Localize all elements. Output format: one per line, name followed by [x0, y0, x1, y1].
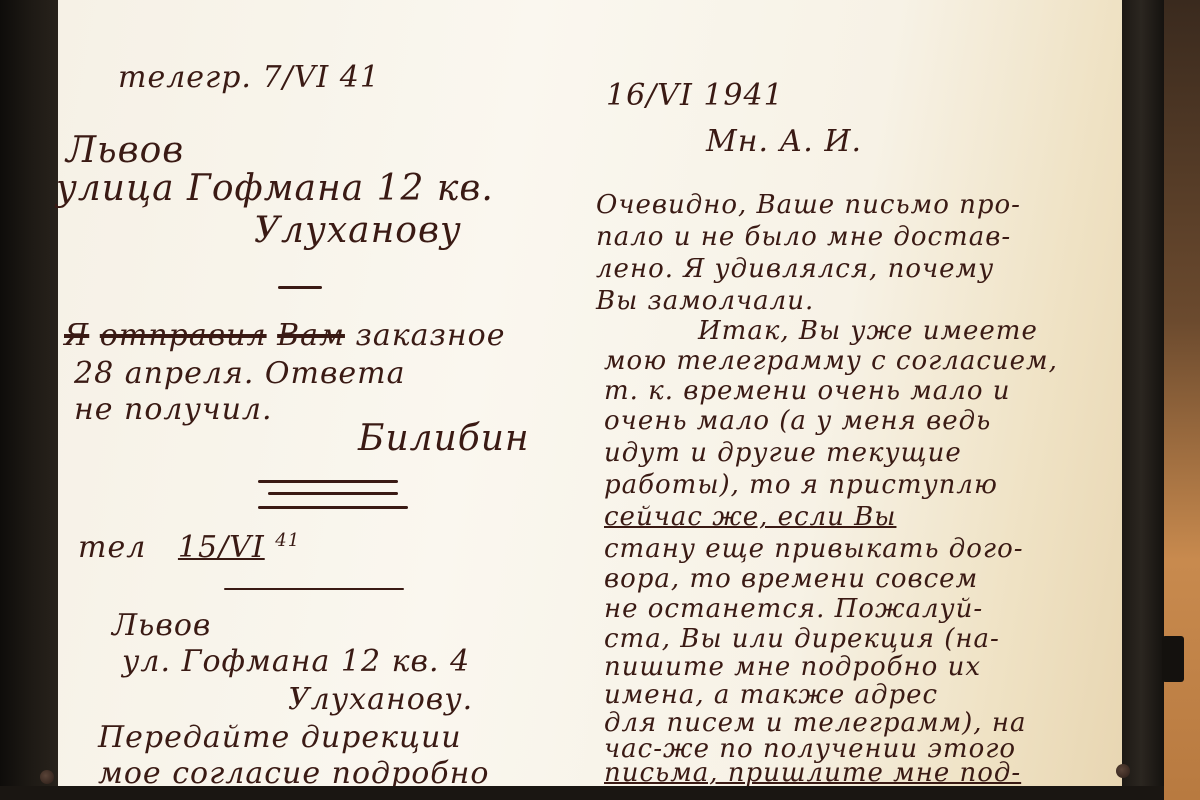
- body-word-2: заказное: [356, 318, 506, 353]
- letter-line: мою телеграмму с согласием,: [604, 346, 1058, 376]
- frame-rivet-left: [40, 770, 54, 784]
- letter-line: пишите мне подробно их: [604, 652, 981, 682]
- separator-rule-1: [258, 480, 398, 483]
- telegram-2-header-year: 41: [275, 530, 300, 551]
- header-underline: [224, 588, 404, 590]
- telegram-1-street: улица Гофмана 12 кв.: [56, 168, 494, 209]
- letter-line: не останется. Пожалуй-: [604, 594, 983, 624]
- letter-line: пало и не было мне достав-: [596, 222, 1011, 252]
- telegram-2-recipient: Улуханову.: [288, 682, 473, 717]
- struck-word-2: Вам: [277, 318, 345, 353]
- letter-date: 16/VI 1941: [606, 78, 784, 113]
- letter-line: стану еще привыкать дого-: [604, 534, 1024, 564]
- letter-line: Итак, Вы уже имеете: [698, 316, 1038, 346]
- telegram-2-header-date: 15/VI: [178, 530, 265, 565]
- telegram-1-signature: Билибин: [358, 418, 530, 459]
- frame-left-edge: [0, 0, 64, 800]
- telegram-2-street: ул. Гофмана 12 кв. 4: [122, 644, 470, 679]
- letter-line: вора, то времени совсем: [604, 564, 978, 594]
- struck-word: Я: [64, 318, 89, 353]
- letter-line: имена, а также адрес: [604, 680, 938, 710]
- letter-line-underlined: сейчас же, если Вы: [604, 502, 896, 532]
- letter-line: Очевидно, Ваше письмо про-: [596, 190, 1021, 220]
- letter-line: письма, пришлите мне под-: [604, 758, 1021, 788]
- telegram-1-recipient: Улуханову: [254, 210, 462, 251]
- frame-rivet-right: [1116, 764, 1130, 778]
- frame-stand-hinge: [1162, 636, 1184, 682]
- letter-line: Вы замолчали.: [596, 286, 814, 316]
- letter-line: идут и другие текущие: [604, 438, 962, 468]
- telegram-1-header: телегр. 7/VI 41: [118, 60, 380, 95]
- telegram-1-body-line-2: 28 апреля. Ответа: [74, 356, 406, 391]
- letter-line: ста, Вы или дирекция (на-: [604, 624, 1000, 654]
- telegram-2-body-line-1: Передайте дирекции: [98, 720, 462, 755]
- body-word: отправил: [100, 318, 267, 353]
- frame-bottom-edge: [0, 786, 1164, 800]
- telegram-1-city: Львов: [66, 130, 184, 171]
- separator-dash: [278, 286, 322, 289]
- letter-salutation: Мн. А. И.: [706, 124, 862, 159]
- letter-line: работы), то я приступлю: [604, 470, 998, 500]
- frame-right-edge: [1118, 0, 1164, 800]
- separator-rule-2: [268, 492, 398, 495]
- letter-line: лено. Я удивлялся, почему: [596, 254, 994, 284]
- telegram-2-city: Львов: [112, 608, 211, 643]
- telegram-2-header-prefix: тел: [78, 530, 146, 565]
- letter-line: т. к. времени очень мало и: [604, 376, 1011, 406]
- letter-paper: телегр. 7/VI 41 Львов улица Гофмана 12 к…: [58, 0, 1122, 790]
- separator-rule-3: [258, 506, 408, 509]
- letter-line: очень мало (а у меня ведь: [604, 406, 991, 436]
- telegram-1-body-line-3: не получил.: [74, 392, 273, 427]
